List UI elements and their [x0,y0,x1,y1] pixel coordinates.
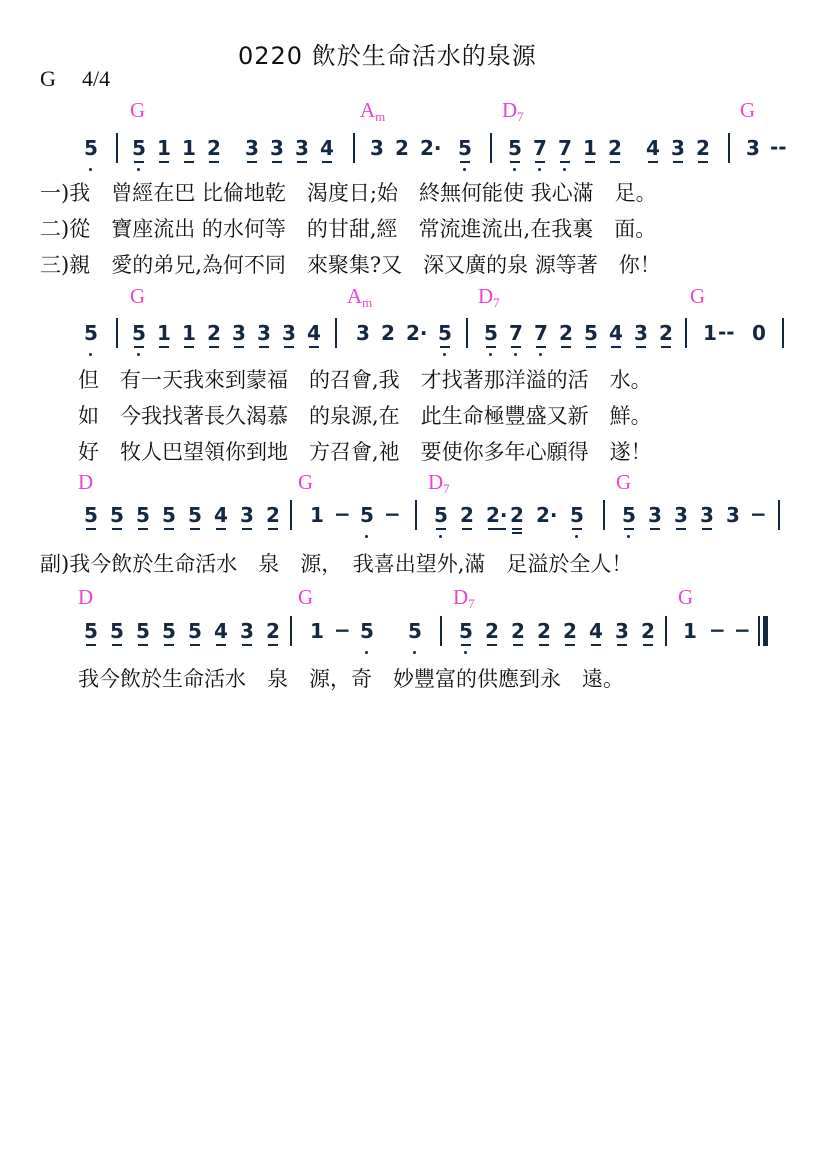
song-title: 0220 飲於生命活水的泉源 [238,36,537,71]
hold-dash: − [734,618,751,642]
jianpu-note: 3 [270,136,284,160]
chord-label: D7 [453,585,475,610]
jianpu-note: 5 [438,321,452,345]
lyric-line: 如 今我找著長久渴慕 的泉源,在 此生命極豐盛又新 鮮。 [78,400,652,430]
jianpu-note: 2 [559,321,573,345]
lyric-line: 副)我今飲於生命活水 泉 源， 我喜出望外,滿 足溢於全人！ [40,548,632,578]
jianpu-note: 2 [659,321,673,345]
bar-line [782,318,784,348]
jianpu-note: 2 [485,619,499,643]
jianpu-note: 2 [266,503,280,527]
chord-label: D7 [478,284,500,309]
lyric-line: 三)親 愛的弟兄,為何不同 來聚集?又 深又廣的泉 源等著 你！ [40,249,661,279]
bar-line [116,318,118,348]
jianpu-note: 5 [84,503,98,527]
lyric-line: 二)從 寶座流出 的水何等 的甘甜,經 常流進流出,在我裏 面。 [40,213,656,243]
chord-label: Am [360,98,385,123]
jianpu-note: 1 [703,321,717,345]
jianpu-note: 5 [84,619,98,643]
jianpu-note: 2· [406,321,428,345]
jianpu-note: 5 [136,503,150,527]
jianpu-note: 7 [558,136,572,160]
bar-line [290,616,292,646]
chord-label: G [616,470,631,495]
bar-line [415,500,417,530]
jianpu-note: 2 [510,503,524,527]
jianpu-note: 4 [609,321,623,345]
lyric-line: 我今飲於生命活水 泉 源，奇 妙豐富的供應到永 遠。 [57,663,624,693]
jianpu-note: 4 [307,321,321,345]
jianpu-note: 3 [746,136,760,160]
jianpu-note: 3 [370,136,384,160]
jianpu-note: 3 [671,136,685,160]
jianpu-note: 3 [295,136,309,160]
jianpu-note: 5 [84,321,98,345]
jianpu-note: 5 [459,619,473,643]
jianpu-note: 4 [214,503,228,527]
jianpu-note: 5 [434,503,448,527]
jianpu-note: 5 [84,136,98,160]
hold-dash: -- [718,320,735,344]
final-bar-line [763,616,768,646]
hold-dash: − [384,502,401,526]
hold-dash: − [334,618,351,642]
jianpu-note: 5 [162,503,176,527]
bar-line [758,616,760,646]
jianpu-note: 7 [534,321,548,345]
jianpu-note: 5 [188,619,202,643]
lyric-line: 好 牧人巴望領你到地 方召會,祂 要使你多年心願得 遂！ [78,436,652,466]
jianpu-note: 5 [110,503,124,527]
jianpu-note: 1 [182,136,196,160]
hold-dash: − [709,618,726,642]
jianpu-note: 2 [395,136,409,160]
chord-label: D7 [502,98,524,123]
chord-label: G [298,470,313,495]
bar-line [665,616,667,646]
jianpu-note: 2 [641,619,655,643]
chord-label: G [740,98,755,123]
jianpu-note: 3 [615,619,629,643]
jianpu-note: 4 [646,136,660,160]
jianpu-note: 3 [257,321,271,345]
lyric-line: 但 有一天我來到蒙福 的召會,我 才找著那洋溢的活 水。 [78,364,652,394]
bar-line [685,318,687,348]
chord-label: G [130,284,145,309]
jianpu-note: 2 [696,136,710,160]
hold-dash: -- [770,135,787,159]
bar-line [335,318,337,348]
jianpu-note: 2 [207,321,221,345]
jianpu-note: 5 [110,619,124,643]
chord-label: Am [347,284,372,309]
jianpu-note: 1 [683,619,697,643]
bar-line [116,133,118,163]
jianpu-note: 5 [622,503,636,527]
jianpu-note: 5 [360,619,374,643]
jianpu-note: 3 [240,503,254,527]
chord-label: G [130,98,145,123]
lyric-line: 一)我 曾經在巴 比倫地乾 渴度日;始 終無何能使 我心滿 足。 [40,177,657,207]
jianpu-note: 7 [533,136,547,160]
jianpu-note: 1 [157,136,171,160]
jianpu-note: 2 [537,619,551,643]
jianpu-note: 3 [240,619,254,643]
jianpu-note: 2 [460,503,474,527]
chord-label: D [78,585,93,610]
hold-dash: − [750,502,767,526]
jianpu-note: 5 [584,321,598,345]
jianpu-note: 4 [214,619,228,643]
jianpu-note: 2 [266,619,280,643]
chord-label: D [78,470,93,495]
jianpu-note: 2 [608,136,622,160]
bar-line [778,500,780,530]
jianpu-note: 3 [356,321,370,345]
time-signature: 4/4 [82,66,110,92]
bar-line [353,133,355,163]
chord-label: G [690,284,705,309]
jianpu-note: 2· [420,136,442,160]
bar-line [290,500,292,530]
jianpu-note: 1 [310,503,324,527]
jianpu-note: 2 [511,619,525,643]
hold-dash: − [334,502,351,526]
jianpu-note: 7 [509,321,523,345]
jianpu-note: 3 [726,503,740,527]
jianpu-note: 3 [674,503,688,527]
chord-label: D7 [428,470,450,495]
jianpu-note: 5 [484,321,498,345]
bar-line [603,500,605,530]
jianpu-note: 2· [486,503,508,527]
jianpu-note: 3 [282,321,296,345]
jianpu-note: 5 [132,321,146,345]
jianpu-note: 1 [182,321,196,345]
jianpu-note: 5 [188,503,202,527]
jianpu-note: 1 [583,136,597,160]
jianpu-note: 5 [136,619,150,643]
jianpu-note: 1 [310,619,324,643]
jianpu-note: 5 [132,136,146,160]
jianpu-note: 3 [232,321,246,345]
bar-line [490,133,492,163]
bar-line [466,318,468,348]
jianpu-note: 0 [752,321,766,345]
jianpu-note: 2· [536,503,558,527]
jianpu-note: 5 [360,503,374,527]
jianpu-note: 5 [508,136,522,160]
jianpu-note: 3 [648,503,662,527]
jianpu-note: 3 [634,321,648,345]
jianpu-note: 5 [408,619,422,643]
jianpu-note: 2 [563,619,577,643]
jianpu-note: 3 [245,136,259,160]
jianpu-note: 4 [589,619,603,643]
jianpu-note: 4 [320,136,334,160]
jianpu-note: 2 [207,136,221,160]
jianpu-note: 1 [157,321,171,345]
chord-label: G [298,585,313,610]
jianpu-note: 5 [458,136,472,160]
chord-label: G [678,585,693,610]
bar-line [728,133,730,163]
jianpu-note: 5 [162,619,176,643]
bar-line [440,616,442,646]
key-signature: G [40,66,56,92]
jianpu-note: 5 [570,503,584,527]
jianpu-note: 2 [381,321,395,345]
jianpu-note: 3 [700,503,714,527]
